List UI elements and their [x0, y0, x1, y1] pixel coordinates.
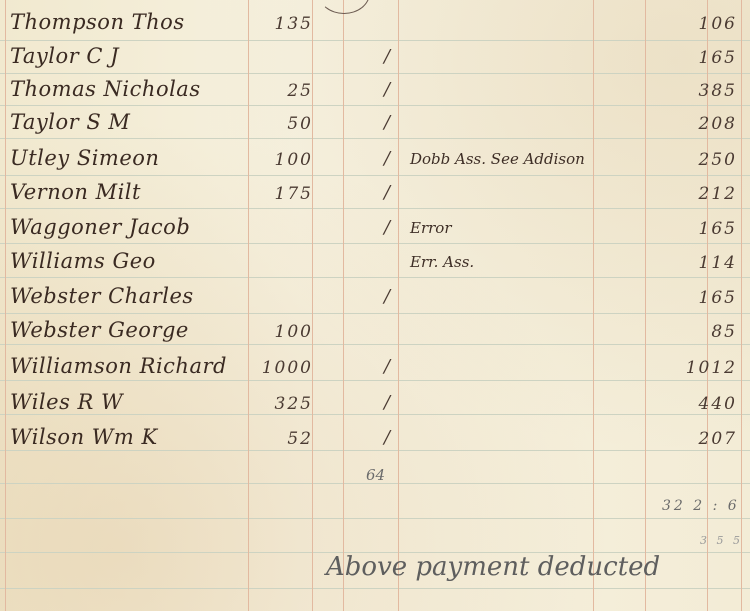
check-mark: /: [384, 112, 390, 133]
entry-name: Vernon Milt: [10, 180, 141, 204]
entry-name: Wiles R W: [10, 390, 123, 414]
entry-name: Webster Charles: [10, 284, 194, 308]
ledger-page: Thompson Thos 135 106 Taylor C J / 165 T…: [0, 0, 750, 611]
entry-amount: 25: [255, 81, 313, 101]
check-mark: /: [384, 148, 390, 169]
entry-amount: 52: [255, 429, 313, 449]
rule-line: [0, 588, 750, 589]
check-mark: /: [384, 217, 390, 238]
ledger-row: Webster Charles / 165: [0, 280, 750, 314]
check-mark: /: [384, 392, 390, 413]
entry-total: 114: [655, 253, 737, 273]
ledger-row: Taylor C J / 165: [0, 40, 750, 74]
pencil-page-number: 64: [366, 466, 385, 484]
check-mark: /: [384, 182, 390, 203]
entry-note: Error: [410, 219, 452, 237]
entry-total: 165: [655, 48, 737, 68]
check-mark: /: [384, 46, 390, 67]
entry-name: Thomas Nicholas: [10, 77, 201, 101]
entry-amount: 100: [255, 150, 313, 170]
entry-note: Dobb Ass. See Addison: [410, 150, 585, 168]
entry-amount: 135: [255, 14, 313, 34]
ledger-row: Williamson Richard 1000 / 1012: [0, 350, 750, 384]
ledger-row: Webster George 100 85: [0, 314, 750, 348]
ledger-row: Utley Simeon 100 / Dobb Ass. See Addison…: [0, 142, 750, 176]
entry-name: Thompson Thos: [10, 10, 185, 34]
entry-total: 250: [655, 150, 737, 170]
entry-name: Williamson Richard: [10, 354, 227, 378]
entry-name: Taylor C J: [10, 44, 119, 68]
ledger-row: Wilson Wm K 52 / 207: [0, 421, 750, 455]
entry-total: 165: [655, 288, 737, 308]
entry-name: Waggoner Jacob: [10, 215, 190, 239]
pencil-sum-2: 3 5 5: [700, 534, 743, 547]
ledger-row: Waggoner Jacob / Error 165: [0, 211, 750, 245]
check-mark: /: [384, 356, 390, 377]
check-mark: /: [384, 79, 390, 100]
entry-amount: 1000: [255, 358, 313, 378]
ledger-row: Wiles R W 325 / 440: [0, 386, 750, 420]
entry-note: Err. Ass.: [410, 253, 474, 271]
entry-total: 1012: [655, 358, 737, 378]
check-mark: /: [384, 427, 390, 448]
entry-name: Williams Geo: [10, 249, 156, 273]
entry-total: 106: [655, 14, 737, 34]
entry-total: 440: [655, 394, 737, 414]
entry-total: 85: [655, 322, 737, 342]
entry-amount: 175: [255, 184, 313, 204]
pencil-sum-1: 32 2 : 6: [662, 498, 740, 514]
ledger-row: Vernon Milt 175 / 212: [0, 176, 750, 210]
entry-total: 385: [655, 81, 737, 101]
entry-amount: 325: [255, 394, 313, 414]
entry-name: Wilson Wm K: [10, 425, 158, 449]
entry-name: Taylor S M: [10, 110, 130, 134]
entry-total: 207: [655, 429, 737, 449]
ledger-row: Taylor S M 50 / 208: [0, 106, 750, 140]
entry-name: Webster George: [10, 318, 189, 342]
entry-total: 208: [655, 114, 737, 134]
check-mark: /: [384, 286, 390, 307]
ledger-row: Thomas Nicholas 25 / 385: [0, 73, 750, 107]
ledger-row: Williams Geo Err. Ass. 114: [0, 245, 750, 279]
rule-line: [0, 518, 750, 519]
entry-total: 165: [655, 219, 737, 239]
pencil-footnote: Above payment deducted: [326, 552, 660, 582]
entry-amount: 50: [255, 114, 313, 134]
entry-amount: 100: [255, 322, 313, 342]
ledger-row: Thompson Thos 135 106: [0, 6, 750, 40]
entry-total: 212: [655, 184, 737, 204]
entry-name: Utley Simeon: [10, 146, 159, 170]
